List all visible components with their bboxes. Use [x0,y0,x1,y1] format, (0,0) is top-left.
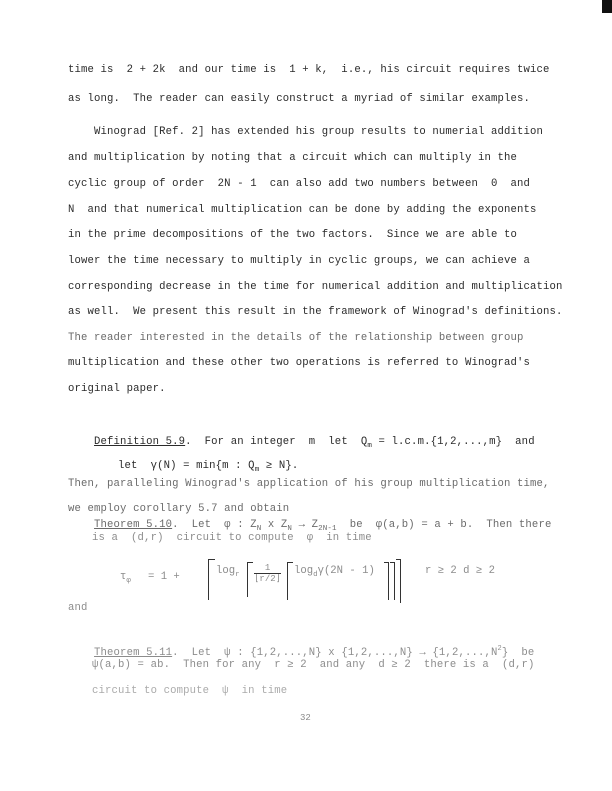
text-line: and multiplication by noting that a circ… [68,152,517,164]
formula-log: log [294,565,313,577]
page-number: 32 [300,713,311,723]
theorem-text: . Let φ : Z [172,519,257,531]
formula-argument: γ(2N - 1) [318,565,375,577]
fraction-denominator: ⌊r/2⌋ [254,574,281,584]
text-line: in the prime decompositions of the two f… [68,229,517,241]
definition-label: Definition 5.9 [94,436,185,448]
formula-log: log [216,565,235,577]
theorem-text: is a (d,r) circuit to compute φ in time [92,532,372,544]
ceiling-bracket-close [390,562,395,600]
fraction-numerator: 1 [254,563,281,574]
text-line: corresponding decrease in the time for n… [68,281,563,293]
theorem-label: Theorem 5.10 [94,519,172,531]
text-line: multiplication and these other two opera… [68,357,530,369]
ceiling-bracket-close [396,559,401,603]
theorem-text: . Let ψ : {1,2,...,N} x {1,2,...,N} → {1… [172,647,497,659]
definition-text: = l.c.m.{1,2,...,m} and [372,436,535,448]
text-line: The reader interested in the details of … [68,332,524,344]
scan-corner-mark [602,0,612,13]
theorem-text: circuit to compute ψ in time [92,685,287,697]
text-line: cyclic group of order 2N - 1 can also ad… [68,178,530,190]
theorem-text: → Z [292,519,318,531]
text-line: as well. We present this result in the f… [68,306,563,318]
fraction: 1 ⌊r/2⌋ [254,563,281,584]
definition-text: let γ(N) = min{m : Q [118,460,255,472]
ceiling-bracket [287,562,293,600]
theorem-text: be φ(a,b) = a + b. Then there [337,519,552,531]
text-line: lower the time necessary to multiply in … [68,255,530,267]
formula-equals: = 1 + [148,571,180,583]
definition-text: ≥ N}. [259,460,298,472]
theorem-text: x Z [261,519,287,531]
theorem-text: ψ(a,b) = ab. Then for any r ≥ 2 and any … [92,659,535,671]
definition-text: . For an integer m let Q [185,436,367,448]
text-line: N and that numerical multiplication can … [68,204,537,216]
subscript: r [235,571,240,579]
text-line: time is 2 + 2k and our time is 1 + k, i.… [68,64,550,76]
text-line: original paper. [68,383,166,395]
text-line: as long. The reader can easily construct… [68,93,530,105]
ceiling-bracket [208,559,215,600]
formula-conditions: r ≥ 2 d ≥ 2 [425,565,495,577]
text-line: Then, paralleling Winograd's application… [68,478,550,490]
ceiling-bracket-close [384,562,389,600]
and-text: and [68,602,88,614]
theorem-text: } be [502,647,535,659]
ceiling-bracket [247,562,253,597]
text-line: Winograd [Ref. 2] has extended his group… [68,126,543,138]
subscript: φ [126,577,131,585]
theorem-label: Theorem 5.11 [94,647,172,659]
